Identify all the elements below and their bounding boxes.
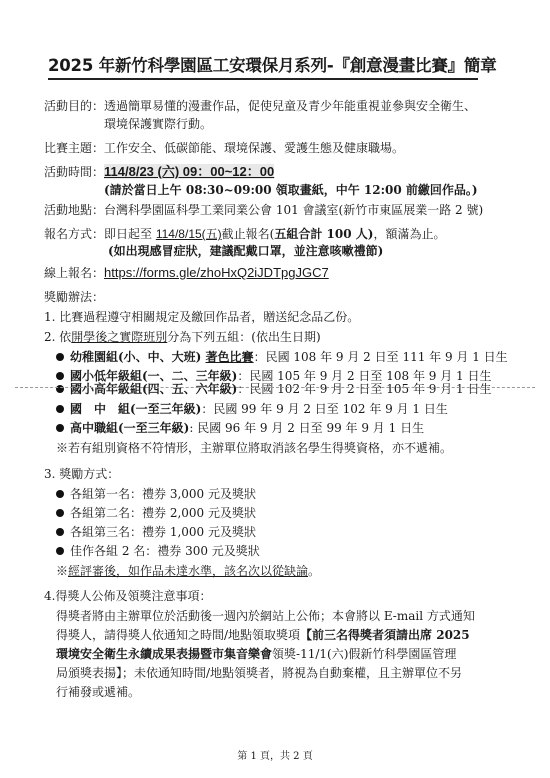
announce-line-5: 行補發或遞補。 [56,684,140,700]
registration-link[interactable]: https://forms.gle/zhoHxQ2iJDTpgJGC7 [104,265,329,280]
group-item: 幼稚園組(小、中、大班) 著色比賽：民國 108 年 9 月 2 日至 111 … [56,349,508,365]
page-title: 2025 年新竹科學園區工安環保月系列-『創意漫畫比賽』簡章 [48,55,478,80]
announce-line2-normal: 得獎人，請得獎人依通知之時間/地點領取獎項 [56,628,300,642]
purpose-text: 透過簡單易懂的漫畫作品，促使兒童及青少年能重視並參與安全衛生、 [104,99,476,113]
registration-prefix: 即日起至 [104,227,156,241]
bullet-icon [56,490,64,498]
group-range: ：民國 102 年 9 月 2 日至 105 年 9 月 1 日生 [237,382,491,396]
registration-deadline: 114/8/15(五) [156,227,222,241]
rewards-item-1: 1. 比賽過程遵守相關規定及繳回作品者，贈送紀念品乙份。 [44,309,359,325]
page-number-footer: 第 1 頁，共 2 頁 [0,747,550,762]
group-name: 國小高年級組(四、五、六年級) [70,382,237,396]
group-range: : 民國 96 年 9 月 2 日至 99 年 9 月 1 日生 [189,421,424,435]
prize-text: 各組第二名：禮券 2,000 元及獎狀 [70,506,256,520]
purpose-line: 活動目的：透過簡單易懂的漫畫作品，促使兒童及青少年能重視並參與安全衛生、 [44,98,476,114]
announce-heading: 4.得獎人公佈及領獎注意事項： [44,588,211,604]
scan-artifact-line [15,387,535,388]
announce-line2-bold: 【前三名得獎者須請出席 2025 [300,628,470,642]
group-name: 國 中 組(一至三年級) [70,402,201,416]
group-name: 幼稚園組(小、中、大班) [70,350,206,364]
rewards-heading: 獎勵辦法： [44,289,104,305]
prize-item: 佳作各組 2 名：禮券 300 元及獎狀 [56,543,260,559]
group-extra: 著色比賽 [206,350,254,364]
theme-label: 比賽主題： [44,141,104,155]
announce-line3-normal: 領獎-11/1(六)假新竹科學園區管理 [272,647,456,661]
announce-line-4: 局頒獎表揚】；未依通知時間/地點領獎者，將視為自動棄權，且主辦單位不另 [56,665,462,681]
prize-text: 各組第一名：禮券 3,000 元及獎狀 [70,487,256,501]
bullet-icon [56,528,64,536]
announce-line-1: 得獎者將由主辦單位於活動後一週內於網站上公佈；本會將以 E-mail 方式通知 [56,608,475,624]
prize-note: ※經評審後，如作品未達水準，該名次以從缺論。 [56,563,320,579]
bullet-icon [56,509,64,517]
item2-suffix: 分為下列五組：(依出生日期) [167,330,320,344]
note-mark: ※ [56,564,68,578]
registration-line: 報名方式：即日起至 114/8/15(五)截止報名(五組合計 100 人)，額滿… [44,226,445,242]
group-name: 高中職組(一至三年級) [70,421,189,435]
prize-note-text: 經評審後，如作品未達水準，該名次以從缺論 [68,564,308,578]
purpose-line-2: 環境保護實際行動。 [104,116,212,132]
location-line: 活動地點：台灣科學園區科學工業同業公會 101 會議室(新竹市東區展業一路 2 … [44,202,483,218]
item2-prefix: 2. 依 [44,330,71,344]
document-page: 2025 年新竹科學園區工安環保月系列-『創意漫畫比賽』簡章 活動目的：透過簡單… [0,0,550,778]
registration-suffix: 截止報名( [222,227,275,241]
time-label: 活動時間： [44,165,104,179]
prize-text: 佳作各組 2 名：禮券 300 元及獎狀 [70,544,260,558]
prize-item: 各組第三名：禮券 1,000 元及獎狀 [56,524,256,540]
location-label: 活動地點： [44,203,104,217]
registration-label: 報名方式： [44,227,104,241]
theme-line: 比賽主題：工作安全、低碳節能、環境保護、愛護生態及健康職場。 [44,140,404,156]
theme-value: 工作安全、低碳節能、環境保護、愛護生態及健康職場。 [104,141,404,155]
bullet-icon [56,405,64,413]
registration-end: ，額滿為止。 [373,227,445,241]
rewards-item-2: 2. 依開學後之實際班別分為下列五組：(依出生日期) [44,329,321,345]
prize-item: 各組第二名：禮券 2,000 元及獎狀 [56,505,256,521]
online-label: 線上報名： [44,266,104,280]
purpose-label: 活動目的： [44,99,104,113]
rewards-item-3: 3. 獎勵方式： [44,466,119,482]
announce-line-3: 環境安全衛生永續成果表揚暨市集音樂會領獎-11/1(六)假新竹科學園區管理 [56,646,456,662]
location-value: 台灣科學園區科學工業同業公會 101 會議室(新竹市東區展業一路 2 號) [104,203,483,217]
online-registration-line: 線上報名：https://forms.gle/zhoHxQ2iJDTpgJGC7 [44,265,329,281]
note-end: 。 [308,564,320,578]
prize-text: 各組第三名：禮券 1,000 元及獎狀 [70,525,256,539]
bullet-icon [56,353,64,361]
group-range: ：民國 99 年 9 月 2 日至 102 年 9 月 1 日生 [201,402,448,416]
time-note: (請於當日上午 08:30~09:00 領取畫紙，中午 12:00 前繳回作品。… [104,182,478,198]
prize-item: 各組第一名：禮券 3,000 元及獎狀 [56,486,256,502]
registration-capacity: 五組合計 100 人) [274,227,373,241]
group-range: ：民國 108 年 9 月 2 日至 111 年 9 月 1 日生 [254,350,508,364]
group-item: 國 中 組(一至三年級)：民國 99 年 9 月 2 日至 102 年 9 月 … [56,401,448,417]
bullet-icon [56,372,64,380]
group-item: 高中職組(一至三年級): 民國 96 年 9 月 2 日至 99 年 9 月 1… [56,420,424,436]
announce-line-2: 得獎人，請得獎人依通知之時間/地點領取獎項【前三名得獎者須請出席 2025 [56,627,470,643]
registration-note: (如出現感冒症狀，建議配戴口罩，並注意咳嗽禮節) [108,243,383,259]
group-item: 國小高年級組(四、五、六年級)：民國 102 年 9 月 2 日至 105 年 … [56,381,491,397]
item2-underlined: 開學後之實際班別 [71,330,167,344]
event-time: 114/8/23 (六) 09：00~12：00 [104,164,274,179]
bullet-icon [56,424,64,432]
time-line: 活動時間：114/8/23 (六) 09：00~12：00 [44,164,274,180]
group-note: ※若有組別資格不符情形，主辦單位將取消該名學生得獎資格，亦不遞補。 [56,440,452,456]
bullet-icon [56,547,64,555]
announce-line3-bold: 環境安全衛生永續成果表揚暨市集音樂會 [56,647,272,661]
